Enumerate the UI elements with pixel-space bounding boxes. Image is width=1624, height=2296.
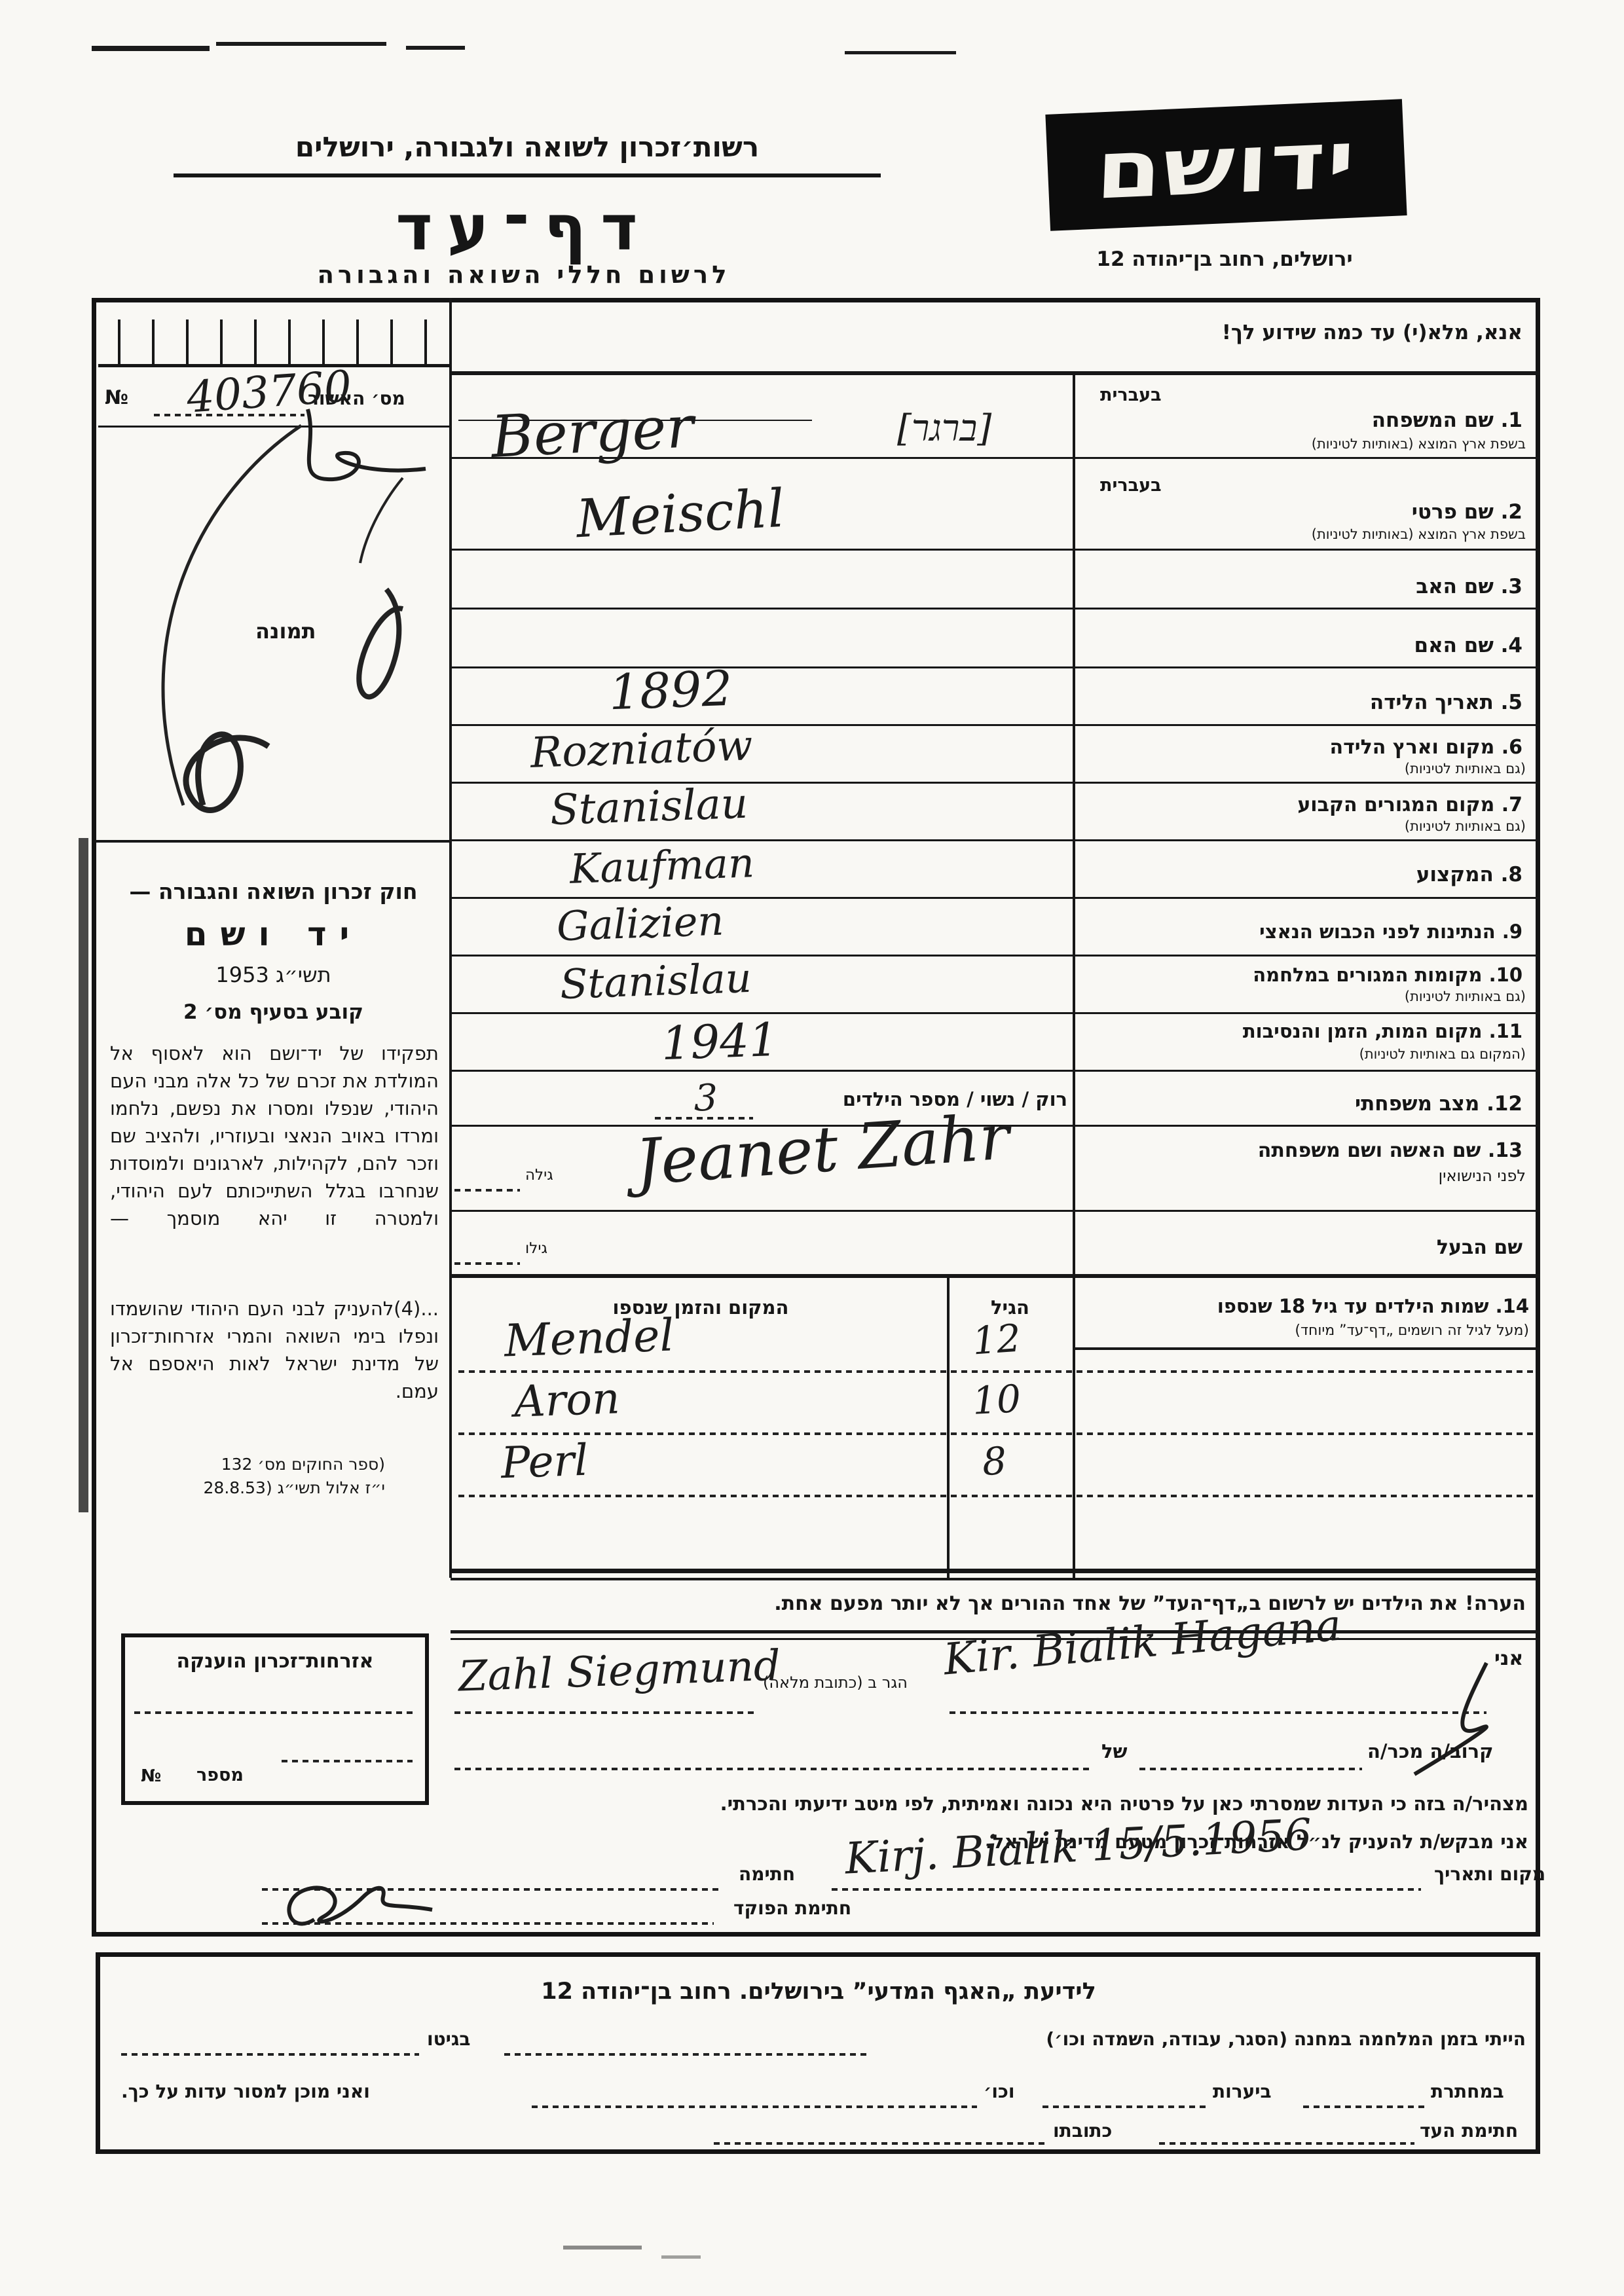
stamp-box-dotted-2 (282, 1760, 413, 1762)
decl-relative-label: קרוב/ה מכר/ה (1367, 1740, 1493, 1762)
footer-witness-sig-label: חתימת העד (1420, 2120, 1518, 2141)
law-year: תשי״ג 1953 (108, 962, 439, 987)
law-yad-vashem: יד ושם (108, 915, 439, 953)
row-line (451, 897, 1540, 899)
field14-note: (מעל לגיל זה רושמים „דף־עד” מיוחד) (1084, 1322, 1529, 1339)
law-paragraph-2: ‏...(4)להעניק לבני העם היהודי שהושמדו ונ… (110, 1295, 439, 1405)
footer-dotted-etc (532, 2105, 977, 2108)
his-age-label: גילו (525, 1240, 547, 1257)
agency-title: רשות׳זכרון לשואה ולגבורה, ירושלים (170, 131, 884, 163)
row-line (451, 1012, 1540, 1014)
yad-vashem-logo-text: ידושם (1094, 113, 1358, 217)
scan-artifact (79, 838, 88, 1512)
nationality-handwritten: Galizien (556, 897, 725, 951)
law-paragraph-1: תפקידו של יד־ושם הוא לאסוף אל המולדת את … (110, 1040, 439, 1232)
scan-artifact (216, 42, 386, 46)
decl-dotted-relative (1139, 1768, 1362, 1770)
child-row-dotted-2 (458, 1432, 1536, 1435)
children-count-handwritten: 3 (694, 1077, 718, 1120)
decl-dotted-name (454, 1711, 756, 1714)
birth-place-handwritten: Rozniatów (530, 721, 754, 778)
field12-label: 12. מצב משפחתי (1087, 1092, 1522, 1116)
decl-signature-tail (1408, 1663, 1539, 1781)
child-row-dotted-1 (458, 1370, 1536, 1373)
surname-hebrew-handwritten: [ברגר] (897, 407, 991, 450)
decl-dotted-address (950, 1711, 1486, 1714)
field1-label: 1. שם המשפחה (1087, 409, 1522, 432)
row-line (451, 839, 1540, 841)
logo-address: ירושלים, רחוב בן־יהודה 12 (1022, 247, 1428, 271)
clerk-signature-label: חתימת הפוקד (733, 1897, 851, 1919)
law-reference-2: י״ז אלול תשי״ג (28.8.53 (110, 1478, 385, 1497)
her-age-label: גילה (525, 1167, 553, 1184)
field14-underline (1074, 1347, 1540, 1350)
ruler-tick (254, 319, 257, 365)
law-heading: חוק זכרון השואה והגבורה — (108, 879, 439, 904)
row-line (451, 608, 1540, 610)
decl-of-label: של (1101, 1740, 1128, 1762)
child-row-dotted-3 (458, 1495, 1536, 1497)
child-name-3: Perl (500, 1435, 589, 1489)
row-line (451, 955, 1540, 957)
decl-signature-label: חתימה (739, 1863, 795, 1885)
war-residence-handwritten: Stanislau (559, 954, 752, 1008)
decl-dotted-place-date (832, 1888, 1421, 1891)
footer-dotted-forests (1043, 2105, 1206, 2108)
his-age-dotted (454, 1262, 520, 1265)
birth-year-handwritten: 1892 (608, 661, 733, 721)
field7-label: 7. מקום המגורים הקבוע (1087, 793, 1522, 816)
scan-artifact (845, 51, 956, 54)
field2-lang-label: בעברית (1100, 475, 1297, 496)
field14-label: 14. שמות הילדים עד גיל 18 שנספו (1084, 1295, 1529, 1317)
child-name-1: Mendel (504, 1310, 675, 1368)
husband-label: שם הבעל (1087, 1236, 1522, 1259)
fill-instruction: אנא, מלא(י) עד כמה שידוע לך! (1087, 321, 1522, 344)
row-line (451, 1210, 1540, 1212)
children-note: הערה! את הילדים יש לרשום ב„דף־העד” של אח… (458, 1592, 1526, 1615)
row-line-thick (451, 371, 1540, 375)
surname-handwritten: Berger (490, 393, 695, 471)
footer-dotted-address (714, 2142, 1048, 2145)
form-subtitle: לרשום חללי השואה והגבורה (249, 261, 799, 289)
law-clause: קובע בסעיף מס׳ 2 (108, 1000, 439, 1024)
ruler-tick (322, 319, 325, 365)
footer-dotted-camp (504, 2053, 868, 2056)
residence-handwritten: Stanislau (549, 780, 748, 835)
serial-symbol: № (105, 386, 128, 409)
footer-dotted-witness-sig (1159, 2142, 1414, 2145)
footer-ghetto-label: בגיטו (427, 2028, 470, 2050)
ruler-tick (186, 319, 189, 365)
ruler-tick (220, 319, 223, 365)
field11-label: 11. מקום המות, הזמן והנסיבות (1087, 1020, 1522, 1042)
scan-artifact (661, 2255, 701, 2259)
profession-handwritten: Kaufman (569, 839, 755, 893)
ruler-tick (424, 319, 427, 365)
footer-ready-label: ואני מוכן למסור עדות על כך. (121, 2081, 370, 2102)
stamp-box-dotted-1 (134, 1711, 413, 1714)
field6-note: (גם באותיות לטיניות) (1084, 761, 1526, 776)
footer-title: לידיעת „האגף המדעי” בירושלים. רחוב בן־יה… (262, 1978, 1375, 2005)
footer-etc-label: וכו׳ (984, 2081, 1015, 2102)
form-title: דף־עד (327, 191, 720, 264)
decl-dotted-of (454, 1768, 1090, 1770)
scan-artifact (406, 46, 465, 50)
field2-note: בשפת ארץ המוצא (באותיות לטיניות) (1084, 526, 1526, 542)
photo-scribble (105, 439, 445, 831)
footer-dotted-ghetto (121, 2053, 419, 2056)
field9-label: 9. הנתינות לפני הכבוש הנאצי (1087, 920, 1522, 943)
law-reference-1: (ספר החוקים מס׳ 132 (110, 1455, 385, 1474)
row-line (451, 1070, 1540, 1072)
photo-box-bottom-line (92, 840, 451, 843)
scan-artifact (92, 46, 210, 51)
child-name-2: Aron (513, 1373, 621, 1427)
footer-address-label: כתובתו (1053, 2120, 1112, 2141)
child-age-1: 12 (971, 1316, 1022, 1364)
firstname-handwritten: Meischl (575, 478, 786, 550)
footer-underground-label: במחתרת (1431, 2081, 1504, 2102)
child-age-3: 8 (981, 1438, 1007, 1484)
header-underline (174, 173, 881, 177)
decl-address-note: הגר ב (כתובת מלאה) (763, 1673, 908, 1692)
ruler-tick (390, 319, 393, 365)
table-bottom-line-1 (451, 1569, 1540, 1573)
field10-label: 10. מקומות המגורים במלחמה (1087, 964, 1522, 986)
field13-note: לפני הנישואין (1084, 1167, 1526, 1185)
row-line (451, 782, 1540, 784)
yad-vashem-logo: ידושם (1045, 99, 1407, 231)
ruler-tick (152, 319, 155, 365)
table-bottom-line-2 (451, 1578, 1540, 1580)
field8-label: 8. המקצוע (1087, 863, 1522, 886)
scan-artifact (563, 2246, 642, 2250)
stamp-box-title: אזרחות־זכרון הוענקה (128, 1650, 422, 1673)
label-column-divider (1073, 371, 1075, 1578)
serial-row-line (98, 426, 451, 428)
field7-note: (גם באותיות לטיניות) (1084, 818, 1526, 834)
stamp-number-symbol: № (141, 1766, 161, 1786)
her-age-dotted (454, 1189, 520, 1192)
death-year-handwritten: 1941 (661, 1013, 779, 1070)
table-col-age-header: הגיל (950, 1296, 1071, 1319)
table-top-line (451, 1274, 1540, 1278)
field11-note: (המקום גם באותיות לטיניות) (1084, 1046, 1526, 1062)
footer-line1: הייתי בזמן המלחמה במחנה (הסגר, עבודה, הש… (877, 2028, 1526, 2050)
age-column-divider (947, 1274, 950, 1578)
stamp-number-label: מספר (196, 1765, 244, 1785)
row-line (451, 549, 1540, 551)
footer-dotted-underground (1303, 2105, 1424, 2108)
ruler-tick (356, 319, 359, 365)
decl-place-date-label: מקום ותאריך (1434, 1863, 1545, 1885)
field4-label: 4. שם האם (1087, 634, 1522, 657)
field13-label: 13. שם האשה ושם משפחתה (1087, 1139, 1522, 1162)
field1-lang-label: בעברית (1100, 385, 1297, 405)
clerk-signature-scribble (275, 1874, 439, 1936)
field3-label: 3. שם האב (1087, 575, 1522, 598)
ruler-tick (288, 319, 291, 365)
field1-note: בשפת ארץ המוצא (באותיות לטיניות) (1084, 436, 1526, 452)
decl-statement: מצהיר/ה בזה כי העדות שמסרתי כאן על פרטיה… (454, 1793, 1528, 1815)
field6-label: 6. מקום וארץ הלידה (1087, 736, 1522, 759)
field10-note: (גם באותיות לטיניות) (1084, 989, 1526, 1004)
footer-forests-label: ביערות (1213, 2081, 1272, 2102)
field5-label: 5. תאריך הלידה (1087, 691, 1522, 714)
scanned-testimony-page: רשות׳זכרון לשואה ולגבורה, ירושלים דף־עד … (0, 0, 1624, 2296)
field2-label: 2. שם פרטי (1087, 500, 1522, 524)
ruler-tick (118, 319, 120, 365)
child-age-2: 10 (971, 1376, 1022, 1423)
